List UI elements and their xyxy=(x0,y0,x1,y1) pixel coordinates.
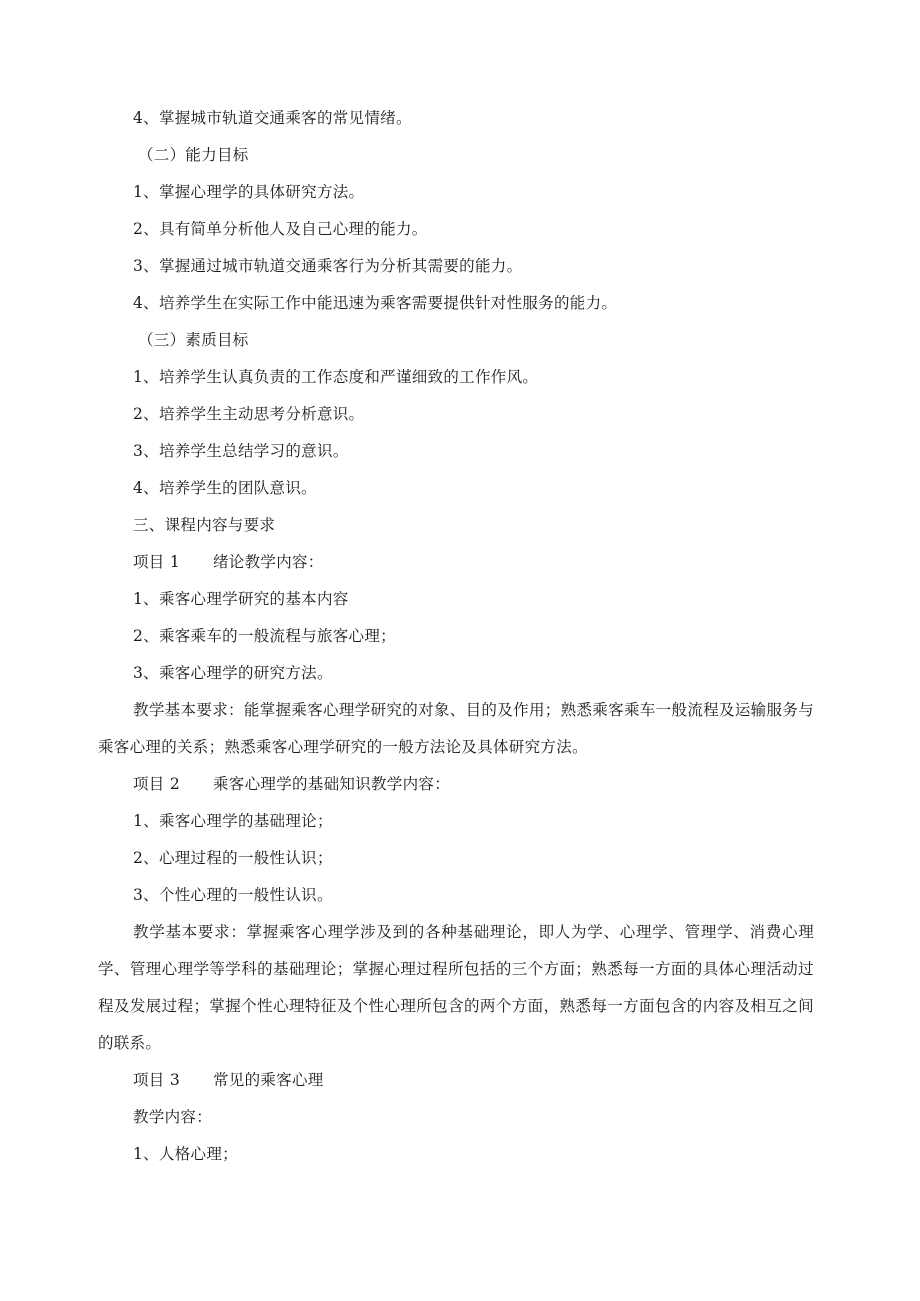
ability-goal-item: 3、掌握通过城市轨道交通乘客行为分析其需要的能力。 xyxy=(98,248,814,285)
ability-goal-item: 4、培养学生在实际工作中能迅速为乘客需要提供针对性服务的能力。 xyxy=(98,285,814,322)
project-2-item: 3、个性心理的一般性认识。 xyxy=(98,877,814,914)
ability-goals-heading: （二）能力目标 xyxy=(98,137,814,174)
project-1-heading: 项目 1绪论教学内容： xyxy=(98,544,814,581)
quality-goal-item: 2、培养学生主动思考分析意识。 xyxy=(98,396,814,433)
project-3-item: 1、人格心理； xyxy=(98,1136,814,1173)
project-3-content-label: 教学内容： xyxy=(98,1099,814,1136)
project-2-item: 2、心理过程的一般性认识； xyxy=(98,840,814,877)
project-1-item: 2、乘客乘车的一般流程与旅客心理； xyxy=(98,618,814,655)
knowledge-goal-item: 4、掌握城市轨道交通乘客的常见情绪。 xyxy=(98,100,814,137)
project-title: 绪论教学内容： xyxy=(213,553,324,571)
quality-goal-item: 1、培养学生认真负责的工作态度和严谨细致的工作作风。 xyxy=(98,359,814,396)
document-page: 4、掌握城市轨道交通乘客的常见情绪。 （二）能力目标 1、掌握心理学的具体研究方… xyxy=(98,100,814,1173)
quality-goals-heading: （三）素质目标 xyxy=(98,322,814,359)
project-1-item: 3、乘客心理学的研究方法。 xyxy=(98,655,814,692)
project-2-heading: 项目 2乘客心理学的基础知识教学内容： xyxy=(98,766,814,803)
project-number: 项目 3 xyxy=(133,1062,213,1099)
project-2-requirements: 教学基本要求：掌握乘客心理学涉及到的各种基础理论，即人为学、心理学、管理学、消费… xyxy=(98,914,814,1062)
project-number: 项目 2 xyxy=(133,766,213,803)
quality-goal-item: 4、培养学生的团队意识。 xyxy=(98,470,814,507)
project-title: 乘客心理学的基础知识教学内容： xyxy=(213,775,450,793)
project-title: 常见的乘客心理 xyxy=(213,1071,324,1089)
project-3-heading: 项目 3常见的乘客心理 xyxy=(98,1062,814,1099)
ability-goal-item: 1、掌握心理学的具体研究方法。 xyxy=(98,174,814,211)
section-heading: 三、课程内容与要求 xyxy=(98,507,814,544)
ability-goal-item: 2、具有简单分析他人及自己心理的能力。 xyxy=(98,211,814,248)
quality-goal-item: 3、培养学生总结学习的意识。 xyxy=(98,433,814,470)
project-number: 项目 1 xyxy=(133,544,213,581)
project-1-item: 1、乘客心理学研究的基本内容 xyxy=(98,581,814,618)
project-1-requirements: 教学基本要求：能掌握乘客心理学研究的对象、目的及作用；熟悉乘客乘车一般流程及运输… xyxy=(98,692,814,766)
project-2-item: 1、乘客心理学的基础理论； xyxy=(98,803,814,840)
